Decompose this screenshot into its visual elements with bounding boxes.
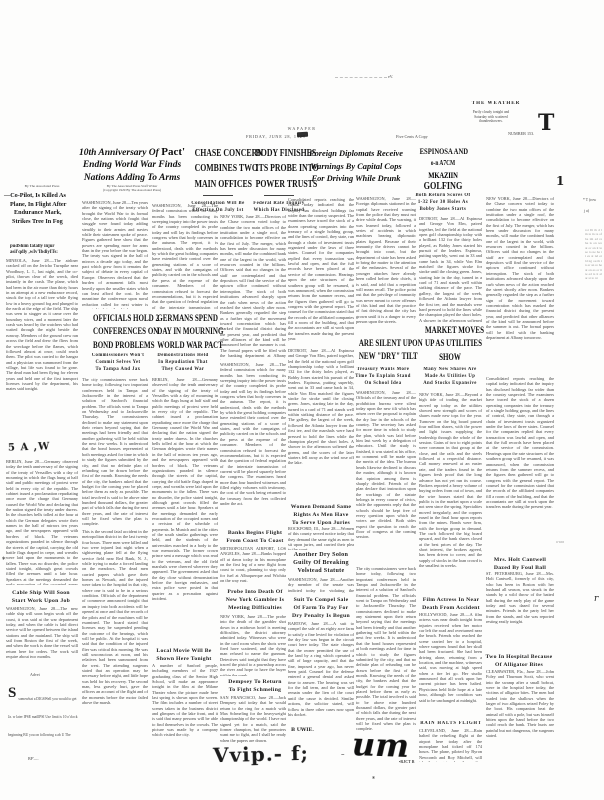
body-col3-c: A number of Sanford people, including me… xyxy=(152,663,218,743)
rjct-fragment: •RJCT B xyxy=(399,759,429,764)
body-col4-a: NEW YORK, June 28.—Directors of the Chas… xyxy=(220,214,286,360)
subhead-foul-ball: Mrs. Holt Cantwell Dazed By Foul Ball xyxy=(486,556,554,572)
body-col4-d: NEW YORK, June 28.—The probe into the de… xyxy=(220,614,286,676)
body-col2-c: This is the second fatal accident in the… xyxy=(82,529,148,743)
handwritten-vvip-mark: Vvip.- f; xyxy=(213,741,310,768)
body-col5-c: ROCKFORD, Ill., June 28.—Women of this c… xyxy=(288,526,354,550)
subhead-market: Many New Shares Are Made As Utilities Up… xyxy=(416,366,484,387)
subhead-golf: Both Return Scores Of 1-32 For 30 Holes … xyxy=(410,192,476,213)
body-col5-a: Consolidated reports reaching the capita… xyxy=(288,197,354,347)
subhead-dempsey: Dempsey To Return To Fight Schmeling xyxy=(220,678,290,694)
body-col7-b: NEW YORK, June 28.—Beyond a high tide of… xyxy=(419,392,482,594)
pact-word: Pact' xyxy=(161,146,185,158)
ad-label: Advei xyxy=(30,672,60,677)
body-col5-e: BARTOW, June 28.—A suit to compel the sa… xyxy=(288,621,354,741)
subhead-dry-solon: Another Dry Solon Guilty Of Breaking Vol… xyxy=(286,551,356,575)
body-col8-a: NEW YORK, June 28.—Directors of the Chas… xyxy=(486,196,554,376)
um-asterisk-mark: * xyxy=(372,776,375,783)
headline-rule-chase xyxy=(203,195,233,196)
margin-ev-mark: eV. xyxy=(388,74,393,79)
body-col6-a: WASHINGTON, June 28.—Foreign diplomats s… xyxy=(356,196,416,336)
margin-asterisk: * xyxy=(2,556,6,564)
ad-drop-cap: S xyxy=(8,687,16,700)
headline-officials: OFFICIALS HOLD 2 CONFERENCES ON BOND PRO… xyxy=(86,312,150,352)
body-col8-c: ST. PETERSBURG, June 28.—Mrs. Holt Cantw… xyxy=(486,571,554,651)
margin-r-mark: r xyxy=(594,594,598,604)
headline-copilot: —Co-Pilot, Is Killed As Plane, In Flight… xyxy=(4,192,82,227)
body-col2-b: The city commissioners were back home to… xyxy=(82,377,148,527)
body-col6-c: The city commissioners were back home to… xyxy=(356,566,416,742)
headline-diplomats: Foreign Diplomats Receive Warnings By Ca… xyxy=(301,148,411,186)
cutoff-column-sliver: rot Ili th d lm ta in re of be im ed ra … xyxy=(585,228,602,348)
body-col1-a: MINEOLA, June 28.—The airliner cracked o… xyxy=(6,258,78,440)
headline-germans: GERMANS SPEND DAY IN MOURNING WORLD WAR … xyxy=(150,312,216,352)
body-col4-b: WASHINGTON, June 28.—The federal commiss… xyxy=(220,362,286,527)
stray-numeral-one: 1 xyxy=(556,174,564,188)
anniversary-byline: By The Associated Press Staff Writer (Co… xyxy=(90,184,174,193)
body-col5-b: DETROIT, June 28.—Al Espinosa and George… xyxy=(288,348,354,502)
body-col2-a: WASHINGTON, June 28.—Ten years after the… xyxy=(82,200,148,309)
headline-silent-dry: ARE SILENT UPON NEW "DRY" TILT xyxy=(352,337,414,364)
subhead-rain-halts: RAIN HALTS FLIGHT xyxy=(418,720,484,727)
body-col1-b: BERLIN, June 28.—Germany observed today … xyxy=(6,459,78,585)
body-col8-b: Consolidated reports reaching the capita… xyxy=(486,376,554,554)
subhead-gambler-probe: Probe Into Death Of New York Gambler Is … xyxy=(220,588,290,612)
body-col6-b: WASHINGTON, June 28.—Officials of the tr… xyxy=(356,390,416,566)
weather-forecast: Partly cloudy tonight and Saturday with … xyxy=(436,110,546,124)
subhead-women-juries: Women Demand Same Rights As Men Have To … xyxy=(286,503,356,527)
buwie-fragment: B UWIE. xyxy=(291,727,314,733)
bp-fragment: BP'—. xyxy=(28,756,52,761)
body-col4-e: SAN FRANCISCO, June 28.—Jack Dempsey sai… xyxy=(220,695,286,745)
subhead-banks-flight: Banks Begins Flight From Coast To Coast xyxy=(220,529,290,545)
subhead-officials: Commissioners Won't Commit Selves Yet To… xyxy=(84,352,152,373)
subhead-silent-dry: Treasury Wants More Time To Explain Stan… xyxy=(350,366,416,387)
body-col3-a: WASHINGTON, June 28.—The federal commiss… xyxy=(152,203,218,310)
subhead-cable-ship: Cable Ship Will Soon Start Work Upon Job xyxy=(6,589,76,605)
subhead-film-actress: Film Actress In Near Death From Accident xyxy=(418,596,484,612)
handwritten-5a-mark: 5 A ,W xyxy=(8,441,51,453)
subhead-farm-suit: Suit To Compel Sale Of Farm To Pay For D… xyxy=(286,596,356,620)
copilot-byline: By The Associated Press xyxy=(6,184,78,188)
small-dash-mark: – xyxy=(341,750,345,758)
margin-fragment-trow: * T (row xyxy=(583,198,604,202)
headline-chase: CHASE CONCERN COMBINES TWO MAIN OFFICES xyxy=(188,146,248,192)
body-col7-a: DETROIT, June 28.—Al Espinosa and George… xyxy=(419,216,482,322)
body-col7-d: CLEVELAND, June 28.—Rain halted the refu… xyxy=(419,728,482,762)
subhead-germans: Demonstrations Held In Repudiation That … xyxy=(148,352,218,373)
margin-fragment-ja: j a) xyxy=(584,209,602,213)
issue-number: NUMBER 153. xyxy=(508,131,558,136)
body-col5-d: WASHINGTON, June 28.—Another dry member … xyxy=(288,577,354,594)
weather-title: THE WEATHER xyxy=(450,101,542,106)
headline-anniversary: 10th Anniversary Of Pact' Ending World W… xyxy=(76,146,188,184)
newspaper-page: eV. THE WEATHER Partly cloudy tonight an… xyxy=(0,0,604,800)
body-col1-c: WASHINGTON, June 28.—The new cable ship … xyxy=(6,606,78,670)
body-col8-d: CLEARWATER, Fla., June 28.—John Foley an… xyxy=(486,669,554,761)
body-col4-c: METROPOLITAN AIRPORT, LOS ANGELES, June … xyxy=(220,546,286,586)
subhead-chase: Consolidation Will Be Effective On July … xyxy=(186,200,250,214)
headline-market: MARKET MOVES UP AS UTILITIES SHOW xyxy=(418,324,482,364)
subhead-local-movie: Local Movie Will Be Shown Here Tonight xyxy=(146,647,222,663)
margin-fragment-awra: a wra xyxy=(556,540,578,544)
ad-text: somewhat a DIGSWell you would to get Ja.… xyxy=(8,697,78,747)
headline-golf: ESPINOSA AND o-n A7CM MKAZIIN GOLFING xyxy=(413,145,473,193)
headline-body-probe: BODY FINISHES ITS PROBE INTO POWER TRUST… xyxy=(249,146,309,192)
price-line: Five Cents A Copy xyxy=(396,134,466,139)
body-col7-c: HOLLYWOOD, June 28.—A film actress was n… xyxy=(419,612,482,718)
ink-smudge xyxy=(297,132,308,138)
subhead-alligator: Two In Hospital Because Of Alligator Bit… xyxy=(482,653,556,669)
nameplate: WAPAPER xyxy=(270,126,334,131)
headline-rule-body xyxy=(264,195,294,196)
smudged-bold-fragment: pudShim fatally injur asil'qdly ,wIv'Ibd… xyxy=(10,244,74,256)
margin-dashed-rule xyxy=(335,77,387,78)
body-col3-b: BERLIN, June 28.—Germany observed today … xyxy=(152,377,218,645)
ad-block: S somewhat a DIGSWell you would to get J… xyxy=(8,687,78,747)
